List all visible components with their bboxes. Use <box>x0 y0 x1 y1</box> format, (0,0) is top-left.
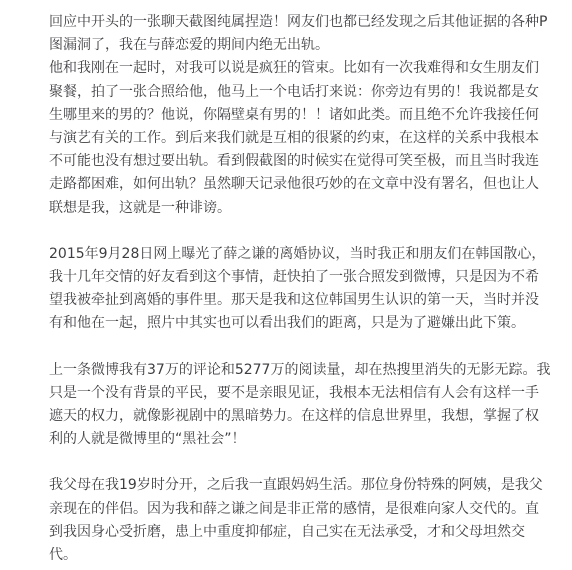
paragraph-weibo-censorship: 上一条微博我有37万的评论和5277万的阅读量，却在热搜里消失的无影无踪。我 只… <box>49 359 558 452</box>
paragraph-relationship-control: 他和我刚在一起时，对我可以说是疯狂的管束。比如有一次我难得和女生朋友们 聚餐，拍… <box>49 57 558 219</box>
paragraph-divorce-agreement: 2015年9月28日网上曝光了薛之谦的离婚协议，当时我正和朋友们在韩国散心， 我… <box>49 243 558 336</box>
post-text-body: 回应中开头的一张聊天截图纯属捏造！网友们也都已经发现之后其他证据的各种P 图漏洞… <box>0 0 572 567</box>
paragraph-intro-denial: 回应中开头的一张聊天截图纯属捏造！网友们也都已经发现之后其他证据的各种P 图漏洞… <box>49 11 558 57</box>
paragraph-family-background: 我父母在我19岁时分开，之后我一直跟妈妈生活。那位身份特殊的阿姨，是我父 亲现在… <box>49 474 558 567</box>
